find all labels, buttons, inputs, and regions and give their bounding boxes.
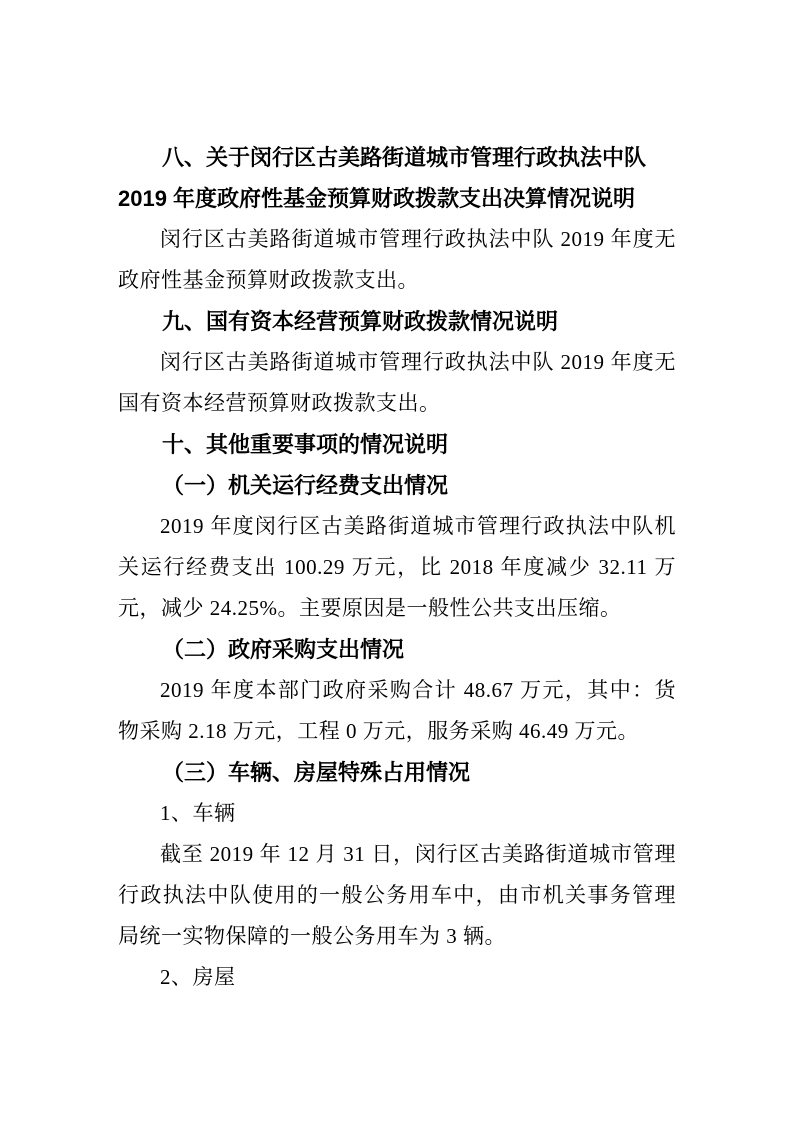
section-heading: （三）车辆、房屋特殊占用情况 <box>118 752 676 793</box>
section-heading: （一）机关运行经费支出情况 <box>118 465 676 506</box>
section-heading: 九、国有资本经营预算财政拨款情况说明 <box>118 301 676 342</box>
section-heading: 十、其他重要事项的情况说明 <box>118 424 676 465</box>
body-paragraph: 截至 2019 年 12 月 31 日，闵行区古美路街道城市管理行政执法中队使用… <box>118 834 676 957</box>
document-page: 八、关于闵行区古美路街道城市管理行政执法中队 2019 年度政府性基金预算财政拨… <box>0 0 793 1122</box>
section-heading: 八、关于闵行区古美路街道城市管理行政执法中队 2019 年度政府性基金预算财政拨… <box>118 137 676 219</box>
sub-item-label: 2、房屋 <box>118 957 676 998</box>
section-heading: （二）政府采购支出情况 <box>118 629 676 670</box>
body-paragraph: 闵行区古美路街道城市管理行政执法中队 2019 年度无政府性基金预算财政拨款支出… <box>118 219 676 301</box>
body-paragraph: 闵行区古美路街道城市管理行政执法中队 2019 年度无国有资本经营预算财政拨款支… <box>118 342 676 424</box>
body-paragraph: 2019 年度闵行区古美路街道城市管理行政执法中队机关运行经费支出 100.29… <box>118 506 676 629</box>
sub-item-label: 1、车辆 <box>118 793 676 834</box>
body-paragraph: 2019 年度本部门政府采购合计 48.67 万元，其中：货物采购 2.18 万… <box>118 670 676 752</box>
document-content: 八、关于闵行区古美路街道城市管理行政执法中队 2019 年度政府性基金预算财政拨… <box>118 137 676 998</box>
